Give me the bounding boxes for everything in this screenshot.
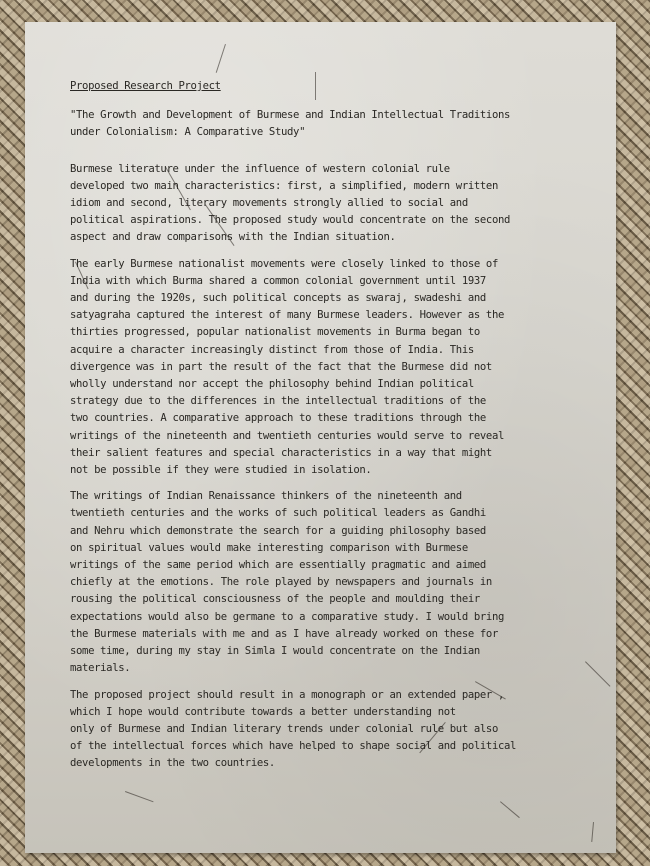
- project-title: "The Growth and Development of Burmese a…: [70, 107, 600, 141]
- document-heading: Proposed Research Project: [70, 78, 600, 95]
- paragraph-3: The writings of Indian Renaissance think…: [70, 488, 600, 677]
- paragraph-4: The proposed project should result in a …: [70, 687, 600, 773]
- document-body: Proposed Research Project "The Growth an…: [70, 78, 600, 782]
- paragraph-2: The early Burmese nationalist movements …: [70, 256, 600, 480]
- typed-paper-sheet: Proposed Research Project "The Growth an…: [25, 22, 616, 853]
- paper-fiber: [125, 791, 154, 802]
- paper-fiber: [216, 44, 226, 73]
- paragraph-1: Burmese literature under the influence o…: [70, 161, 600, 247]
- paper-fiber: [591, 822, 594, 842]
- paper-fiber: [500, 801, 520, 818]
